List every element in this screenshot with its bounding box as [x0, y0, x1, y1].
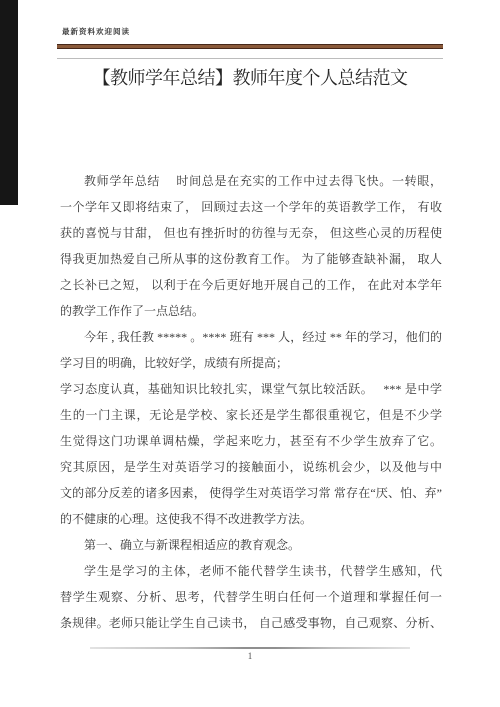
body-line-text: 一个学年又即将结束了， 回顾过去这一个学年的英语教学工作， 有收 [60, 200, 442, 214]
body-line: 条规律。老师只能让学生自己读书， 自己感受事物，自己观察、分析、 [60, 610, 442, 636]
body-line-text: 得我更加热爱自己所从事的这份教育工作。 为了能够查缺补漏， 取人 [60, 252, 442, 266]
body-line-text: 之长补已之短， 以利于在今后更好地开展自己的工作， 在此对本学年 [60, 278, 442, 292]
body-line: 学生是学习的主体，老师不能代替学生读书，代替学生感知，代 [60, 558, 442, 584]
body-line-text: 的教学工作作了一点总结。 [60, 304, 204, 318]
body-line: 之长补已之短， 以利于在今后更好地开展自己的工作， 在此对本学年 [60, 272, 442, 298]
body-line: 的不健康的心理。这使我不得不改进教学方法。 [60, 506, 442, 532]
body-line-text: 究其原因，是学生对英语学习的接触面小，说练机会少，以及他与中 [60, 460, 442, 474]
body-line: 教师学年总结 时间总是在充实的工作中过去得飞快。一转眼， [60, 168, 442, 194]
body-line-text: 第一、确立与新课程相适应的教育观念。 [60, 538, 300, 552]
body-line-text: 今年 , 我任教 ***** 。**** 班有 *** 人，经过 ** 年的学习… [60, 330, 442, 344]
footer-rule [90, 647, 410, 649]
body-line-text: 教师学年总结 时间总是在充实的工作中过去得飞快。一转眼， [60, 174, 442, 188]
page-number: 1 [0, 651, 500, 661]
header-subrule [57, 58, 443, 59]
document-page: 最新资料欢迎阅读 【教师学年总结】教师年度个人总结范文 教师学年总结 时间总是在… [0, 0, 500, 707]
body-line-text: 文的部分反差的诸多因素， 使得学生对英语学习常 常存在“厌、怕、弃” [60, 486, 442, 500]
body-line-text: 替学生观察、分析、思考，代替学生明白任何一个道理和掌握任何一 [60, 590, 442, 604]
scan-edge-artifact [0, 0, 18, 205]
body-line-text: 生的一门主课，无论是学校、家长还是学生都很重视它，但是不少学 [60, 408, 442, 422]
header-slogan: 最新资料欢迎阅读 [62, 26, 130, 37]
body-line: 一个学年又即将结束了， 回顾过去这一个学年的英语教学工作， 有收 [60, 194, 442, 220]
body-line: 今年 , 我任教 ***** 。**** 班有 *** 人，经过 ** 年的学习… [60, 324, 442, 350]
body-line: 替学生观察、分析、思考，代替学生明白任何一个道理和掌握任何一 [60, 584, 442, 610]
body-line: 的教学工作作了一点总结。 [60, 298, 442, 324]
body-line-text: 学习态度认真，基础知识比较扎实，课堂气氛比较活跃。 *** 是中学 [60, 382, 442, 396]
body-line-text: 学生是学习的主体，老师不能代替学生读书，代替学生感知，代 [60, 564, 442, 578]
body-line-text: 的不健康的心理。这使我不得不改进教学方法。 [60, 512, 312, 526]
body-line: 获的喜悦与甘甜， 但也有挫折时的彷徨与无奈， 但这些心灵的历程使 [60, 220, 442, 246]
body-line: 究其原因，是学生对英语学习的接触面小，说练机会少，以及他与中 [60, 454, 442, 480]
header-rule [57, 44, 443, 49]
page-title: 【教师学年总结】教师年度个人总结范文 [0, 64, 500, 90]
body-line-text: 生觉得这门功课单调枯燥，学起来吃力，甚至有不少学生放弃了它。 [60, 434, 442, 448]
body-line: 学习态度认真，基础知识比较扎实，课堂气氛比较活跃。 *** 是中学 [60, 376, 442, 402]
body-line: 学习目的明确，比较好学，成绩有所提高； [60, 350, 442, 376]
body-line: 第一、确立与新课程相适应的教育观念。 [60, 532, 442, 558]
body-line-text: 学习目的明确，比较好学，成绩有所提高； [60, 356, 288, 370]
body-line: 生的一门主课，无论是学校、家长还是学生都很重视它，但是不少学 [60, 402, 442, 428]
body-line: 得我更加热爱自己所从事的这份教育工作。 为了能够查缺补漏， 取人 [60, 246, 442, 272]
document-body: 教师学年总结 时间总是在充实的工作中过去得飞快。一转眼， 一个学年又即将结束了，… [60, 168, 442, 636]
body-line-text: 条规律。老师只能让学生自己读书， 自己感受事物，自己观察、分析、 [60, 616, 442, 630]
body-line: 生觉得这门功课单调枯燥，学起来吃力，甚至有不少学生放弃了它。 [60, 428, 442, 454]
body-line-text: 获的喜悦与甘甜， 但也有挫折时的彷徨与无奈， 但这些心灵的历程使 [60, 226, 442, 240]
body-line: 文的部分反差的诸多因素， 使得学生对英语学习常 常存在“厌、怕、弃” [60, 480, 442, 506]
